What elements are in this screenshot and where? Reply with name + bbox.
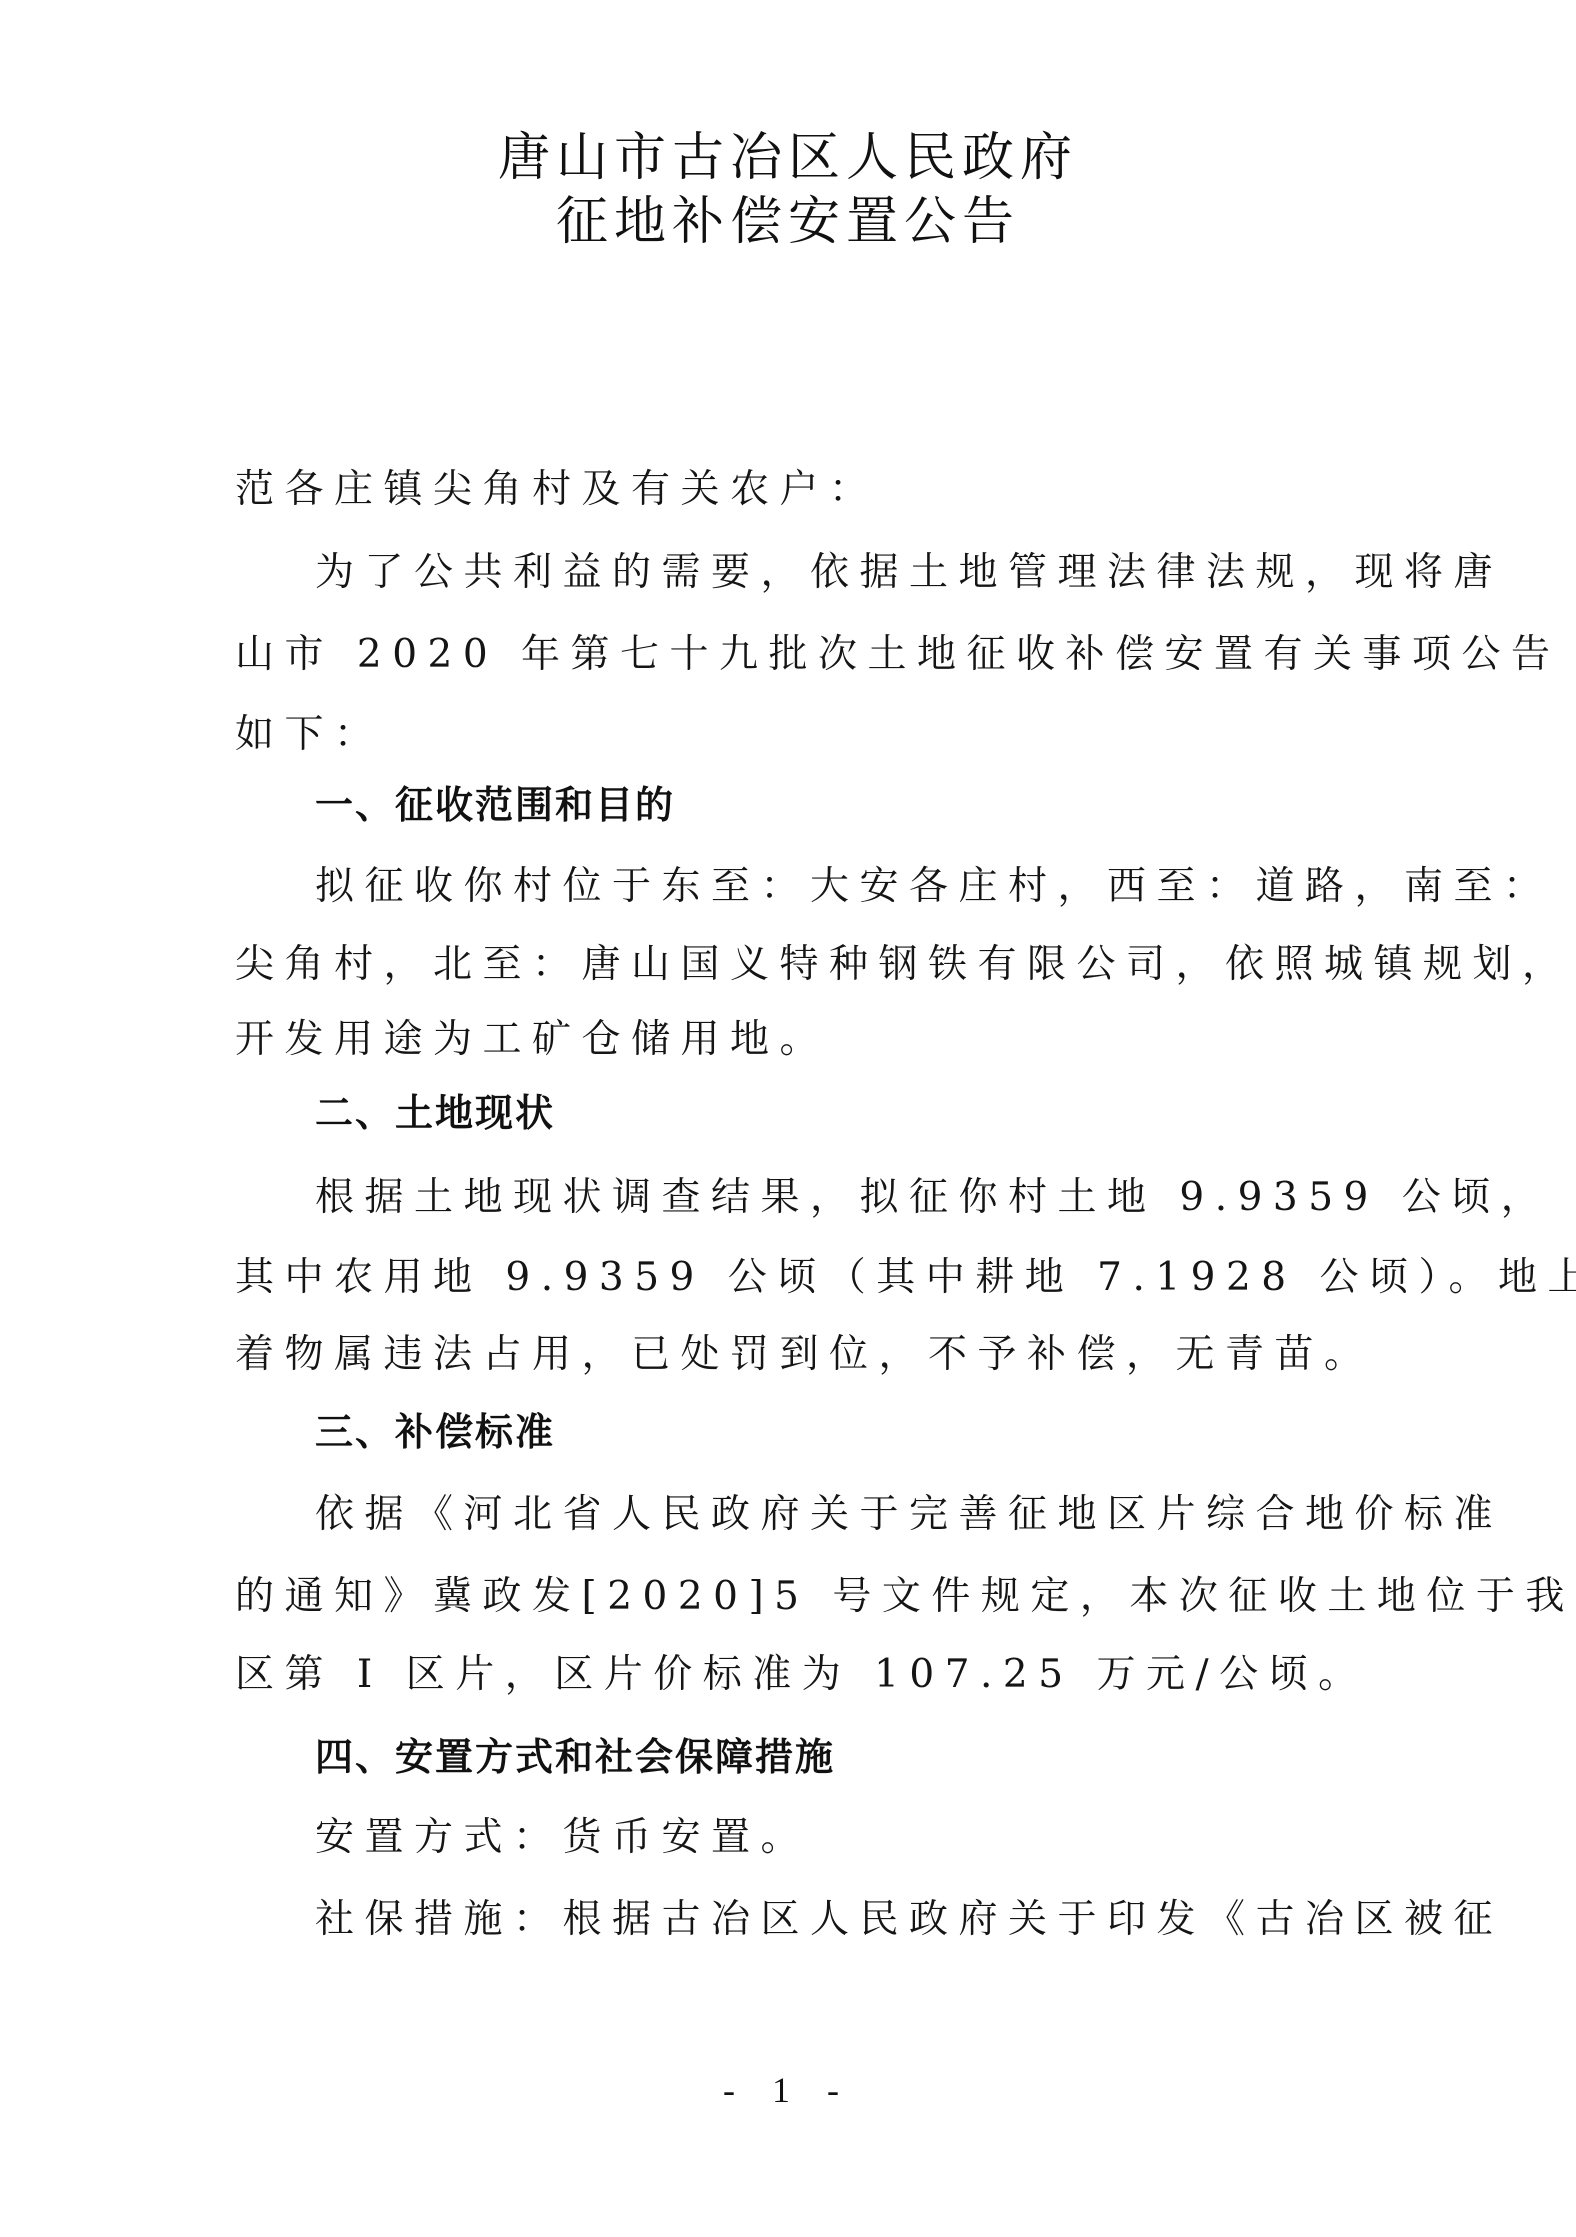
document-title-line-1: 唐山市古冶区人民政府 [0,128,1576,188]
section-1-line-1: 拟征收你村位于东至：大安各庄村，西至：道路，南至： [315,862,1415,912]
section-3-line-3: 区第 I 区片，区片价标准为 107.25 万元/公顷。 [235,1650,1335,1700]
section-heading-4: 四、安置方式和社会保障措施 [315,1732,835,1782]
document-page: 唐山市古冶区人民政府 征地补偿安置公告 范各庄镇尖角村及有关农户： 为了公共利益… [0,0,1576,2237]
section-heading-2: 二、土地现状 [315,1088,555,1138]
section-1-line-3: 开发用途为工矿仓储用地。 [235,1015,1335,1065]
intro-line-2: 山市 2020 年第七十九批次土地征收补偿安置有关事项公告 [235,630,1335,680]
section-2-line-3: 着物属违法占用，已处罚到位，不予补偿，无青苗。 [235,1330,1335,1380]
section-heading-1: 一、征收范围和目的 [315,780,675,830]
section-4-line-1: 安置方式：货币安置。 [315,1813,1415,1863]
section-1-line-2: 尖角村，北至：唐山国义特种钢铁有限公司，依照城镇规划， [235,940,1335,990]
section-heading-3: 三、补偿标准 [315,1407,555,1457]
section-4-line-2: 社保措施：根据古冶区人民政府关于印发《古冶区被征 [315,1895,1415,1945]
intro-line-1: 为了公共利益的需要，依据土地管理法律法规，现将唐 [315,548,1415,598]
document-title-line-2: 征地补偿安置公告 [0,192,1576,252]
salutation: 范各庄镇尖角村及有关农户： [235,465,1335,515]
section-2-line-1: 根据土地现状调查结果，拟征你村土地 9.9359 公顷， [315,1173,1415,1223]
page-number: - 1 - [0,2068,1576,2112]
section-3-line-2: 的通知》冀政发[2020]5 号文件规定，本次征收土地位于我 [235,1572,1335,1622]
section-2-line-2: 其中农用地 9.9359 公顷（其中耕地 7.1928 公顷）。地上附 [235,1253,1335,1303]
intro-line-3: 如下： [235,710,1335,760]
section-3-line-1: 依据《河北省人民政府关于完善征地区片综合地价标准 [315,1490,1415,1540]
